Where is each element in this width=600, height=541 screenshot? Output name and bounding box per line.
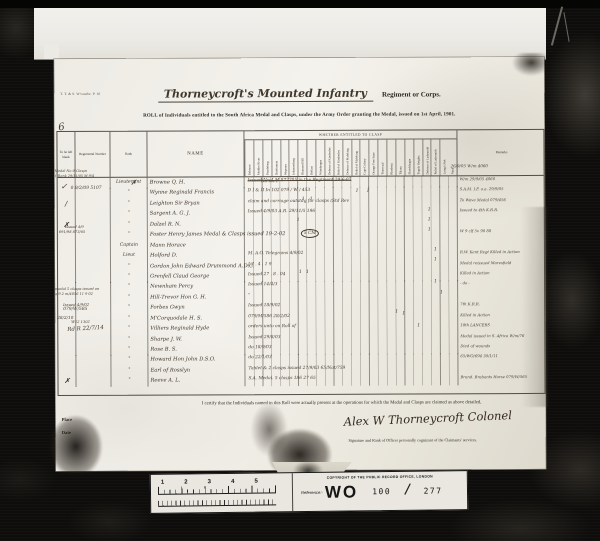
cell-mark <box>58 314 76 325</box>
cell-rank: Lieutenant <box>111 178 148 189</box>
clasp-column-header: Rhodesia <box>386 140 395 176</box>
cell-regimental-number <box>76 272 111 283</box>
cell-rank: " <box>111 376 148 387</box>
pro-stamp: 12345 COPYRIGHT OF THE PUBLIC RECORD OFF… <box>150 470 468 514</box>
cell-rank: " <box>111 219 148 230</box>
clasp-header-group: WHETHER ENTITLED TO CLASP BelmontModder … <box>244 130 457 176</box>
cell-regimental-number <box>76 303 111 314</box>
cell-regimental-number <box>76 188 111 199</box>
photo-background: T. T. & S. W'combe. P. 10 Thorneycroft's… <box>0 0 600 541</box>
cell-mark <box>58 355 76 366</box>
handwritten-note: Issued 4/9/03 A.R. 29/11/5 196 <box>248 209 315 214</box>
cell-name: M'Corquodale H. S. <box>148 313 245 324</box>
handwritten-note: 079/M/586 28/2/02 <box>248 314 290 319</box>
cell-rank: " <box>111 188 148 199</box>
cell-name: Mann Horace <box>148 240 245 251</box>
ink-stain <box>506 53 548 85</box>
ruler-number: 2 <box>184 479 187 485</box>
cell-regimental-number <box>76 314 111 325</box>
clasp-column-header: Defence of Mafeking <box>342 140 351 176</box>
cell-rank: " <box>111 261 148 272</box>
clasp-column-header: Belfast <box>307 140 316 176</box>
smudge <box>521 207 548 407</box>
cell-regimental-number <box>76 376 111 387</box>
cell-regimental-number <box>76 251 111 262</box>
cell-rank: " <box>111 303 148 314</box>
cell-rank: " <box>111 334 148 345</box>
cell-regimental-number <box>76 334 111 345</box>
handwritten-note: Tablet & 2 clasps issued 27/9/03 65/Nat/… <box>248 366 345 371</box>
cell-rank: " <box>111 292 148 303</box>
handwritten-note: do 18/9/03 <box>248 345 271 350</box>
cell-mark <box>58 345 76 356</box>
cell-rank: " <box>111 230 148 241</box>
column-header-remarks: Remarks <box>457 130 545 175</box>
cell-rank: " <box>111 209 148 220</box>
clasp-column-header: Relief of Kimberley <box>333 140 342 176</box>
cell-rank: " <box>111 324 148 335</box>
handwritten-note: claim and carriage outstdg for clasps (S… <box>248 199 349 204</box>
cell-mark <box>58 335 76 346</box>
handwritten-note: orders unto on Roll of <box>248 324 296 329</box>
reference-line: Reference:- WO 100 / 277 <box>301 481 461 501</box>
clasp-column-header: Talana <box>395 140 404 176</box>
handwritten-note: Issued No 4 M 877705 in the Regiment 29-… <box>248 178 352 183</box>
cell-regimental-number <box>76 282 111 293</box>
cell-name: Leighton Sir Bryan <box>148 198 245 209</box>
cell-regimental-number <box>76 324 111 335</box>
cell-mark <box>58 272 76 283</box>
cell-regimental-number <box>76 345 111 356</box>
cell-name: Rose B. S. <box>148 344 245 355</box>
cell-name: Grenfell Claud George <box>148 271 245 282</box>
series-code: WO <box>325 483 358 500</box>
handwritten-note: S.A. Medal. 5 clasps 186 27 65 <box>248 376 315 381</box>
medal-roll-table: To be left blank Regimental Number Rank … <box>56 129 545 396</box>
cell-name: Browne Q. H. <box>148 177 245 188</box>
ruler-baseline <box>158 504 276 506</box>
cell-rank: " <box>111 282 148 293</box>
clasp-column-header: Belmont <box>244 140 253 176</box>
cell-mark <box>58 261 76 272</box>
clasp-column-header: Defence of Kimberley <box>324 140 333 176</box>
cell-name: Wynne Reginald Francis <box>148 188 245 199</box>
piece-number: 100 <box>372 486 391 495</box>
cell-mark <box>58 366 76 377</box>
regiment-title-row: Thorneycroft's Mounted Infantry Regiment… <box>54 83 544 103</box>
regiment-or-corps-label: Regiment or Corps. <box>382 90 441 98</box>
cell-rank: " <box>111 313 148 324</box>
cell-mark <box>58 293 76 304</box>
cell-mark <box>58 324 76 335</box>
cell-rank: Lieut <box>111 251 148 262</box>
clasp-column-header: Wittebergen <box>315 140 324 176</box>
cell-name: Sharpe J. W. <box>148 334 245 345</box>
copyright-line: COPYRIGHT OF THE PUBLIC RECORD OFFICE, L… <box>293 474 467 480</box>
ruler-number: 4 <box>231 479 234 485</box>
cell-mark <box>58 209 76 220</box>
cell-name: Foster Henry James Medal & Clasps issued… <box>148 229 245 240</box>
cell-mark: ✗ <box>58 220 76 231</box>
regiment-name-handwritten: Thorneycroft's Mounted Infantry <box>158 87 373 103</box>
cell-regimental-number <box>76 293 111 304</box>
cell-name: Reeve A. L. <box>148 376 245 387</box>
cell-regimental-number <box>76 355 111 366</box>
clasp-column-header: Tugela Heights <box>413 139 422 175</box>
cell-clasps: S.A. Medal. 5 clasps 186 27 65 <box>245 375 458 387</box>
cell-name: Gordon John Edward Drummond A.D.C. <box>148 261 245 272</box>
table-body: LieutenantBrowne Q. H.Issued No 4 M 8777… <box>58 176 545 387</box>
reference-label: Reference:- <box>301 489 323 494</box>
slash-mark: / <box>403 482 411 501</box>
cell-regimental-number <box>76 366 111 377</box>
cell-mark: ✗ <box>58 376 76 387</box>
column-header-regimental-number: Regimental Number <box>75 132 110 177</box>
handwritten-note: " <box>248 293 250 298</box>
ruler-numbers: 12345 <box>151 473 292 475</box>
roll-heading: ROLL of Individuals entitled to the Sout… <box>64 112 534 119</box>
cell-regimental-number <box>76 199 111 210</box>
ruler-number: 3 <box>208 479 211 485</box>
certify-statement: I certify that the Individuals named in … <box>141 400 543 407</box>
cell-regimental-number <box>76 261 111 272</box>
clasp-column-header: Paardeberg <box>262 140 271 176</box>
cell-regimental-number <box>76 220 111 231</box>
column-header-name: NAME <box>147 131 244 176</box>
cell-mark <box>58 241 76 252</box>
cell-regimental-number <box>76 240 111 251</box>
cell-rank: " <box>111 366 148 377</box>
cell-regimental-number <box>76 230 111 241</box>
cell-regimental-number <box>76 178 111 189</box>
cell-mark <box>58 251 76 262</box>
cell-mark <box>58 188 76 199</box>
clasp-column-header: Driefontein <box>271 140 280 176</box>
cell-name: Holford D. <box>148 250 245 261</box>
cell-mark <box>58 282 76 293</box>
reference-area: COPYRIGHT OF THE PUBLIC RECORD OFFICE, L… <box>293 471 467 511</box>
cell-name: Howard Hon John D.S.O. <box>148 355 245 366</box>
backing-sheet <box>34 8 546 60</box>
handwritten-note: Issued 18/9/02 <box>248 303 280 308</box>
cell-rank: " <box>111 199 148 210</box>
ruler-number: 5 <box>254 479 257 485</box>
column-header-rank: Rank <box>110 132 147 177</box>
cell-name: Forbes Gwyn <box>148 302 245 313</box>
handwritten-note: do 22/1/03 <box>248 356 271 361</box>
cell-regimental-number <box>76 209 111 220</box>
table-row: ✗"Reeve A. L.S.A. Medal. 5 clasps 186 27… <box>58 374 544 387</box>
table-header: To be left blank Regimental Number Rank … <box>57 130 543 178</box>
clasp-column-header: Diamond Hill <box>298 140 307 176</box>
scratch-mark <box>563 12 569 42</box>
cell-name: Hill-Trevor Hon G. H. <box>148 292 245 303</box>
ruler-baseline <box>158 492 276 494</box>
handwritten-note: Issued 14/4/3 <box>248 282 277 287</box>
handwritten-note: M. A.O. Telegrams 4/9/02 <box>248 251 303 256</box>
clasp-column-header: Modder River <box>253 140 262 176</box>
cell-mark: / <box>58 199 76 210</box>
item-number: 277 <box>424 486 443 495</box>
cell-mark <box>58 178 76 189</box>
cell-rank: Captain <box>111 240 148 251</box>
cell-name: Newnham Percy <box>148 282 245 293</box>
handwritten-note: Issued 27 . 8 . 04 <box>248 272 285 277</box>
cell-name: Dalzel R. N. <box>148 219 245 230</box>
officer-signature: Alex W Thorneycroft Colonel <box>343 408 512 429</box>
clasp-column-header: Transvaal <box>378 140 387 176</box>
cell-remarks: W/m 29/9/05 4060 <box>458 176 546 187</box>
column-header-blank: To be left blank <box>57 132 75 177</box>
handwritten-note: J 2 . 4 . 1 9 <box>248 262 272 267</box>
clasp-column-header: Orange Free State <box>369 140 378 176</box>
clasp-column-header: Natal <box>449 139 457 175</box>
cell-rank: " <box>111 355 148 366</box>
cell-remarks: S.A.M. I.F. o.a. 29/9/05 <box>458 186 546 197</box>
ink-stain <box>46 407 121 473</box>
cell-name: Earl of Rosslyn <box>148 365 245 376</box>
handwritten-note: Issued 29/8/03 <box>248 335 280 340</box>
ruler-number: 1 <box>161 480 164 486</box>
clasp-column-header: Elandslaagte <box>404 140 413 176</box>
ink-stain <box>241 400 336 470</box>
paper-notch <box>44 44 59 59</box>
photo-top-border <box>0 0 600 8</box>
ruler: 12345 <box>151 473 293 513</box>
cell-rank: " <box>111 272 148 283</box>
clasp-column-headers: BelmontModder RiverPaardebergDriefontein… <box>244 139 456 176</box>
cell-mark <box>58 303 76 314</box>
handwritten-note: D I & II In 102 079 / W / 453 <box>248 188 310 193</box>
cell-rank: " <box>111 345 148 356</box>
cell-name: Sargent A. G. J. <box>148 209 245 220</box>
clasp-column-header: Laing's Nek <box>440 139 449 175</box>
document-page: T. T. & S. W'combe. P. 10 Thorneycroft's… <box>54 57 546 471</box>
scratch-mark <box>551 6 563 45</box>
cell-mark <box>58 230 76 241</box>
cell-name: Villiers Reginald Hyde <box>148 323 245 334</box>
